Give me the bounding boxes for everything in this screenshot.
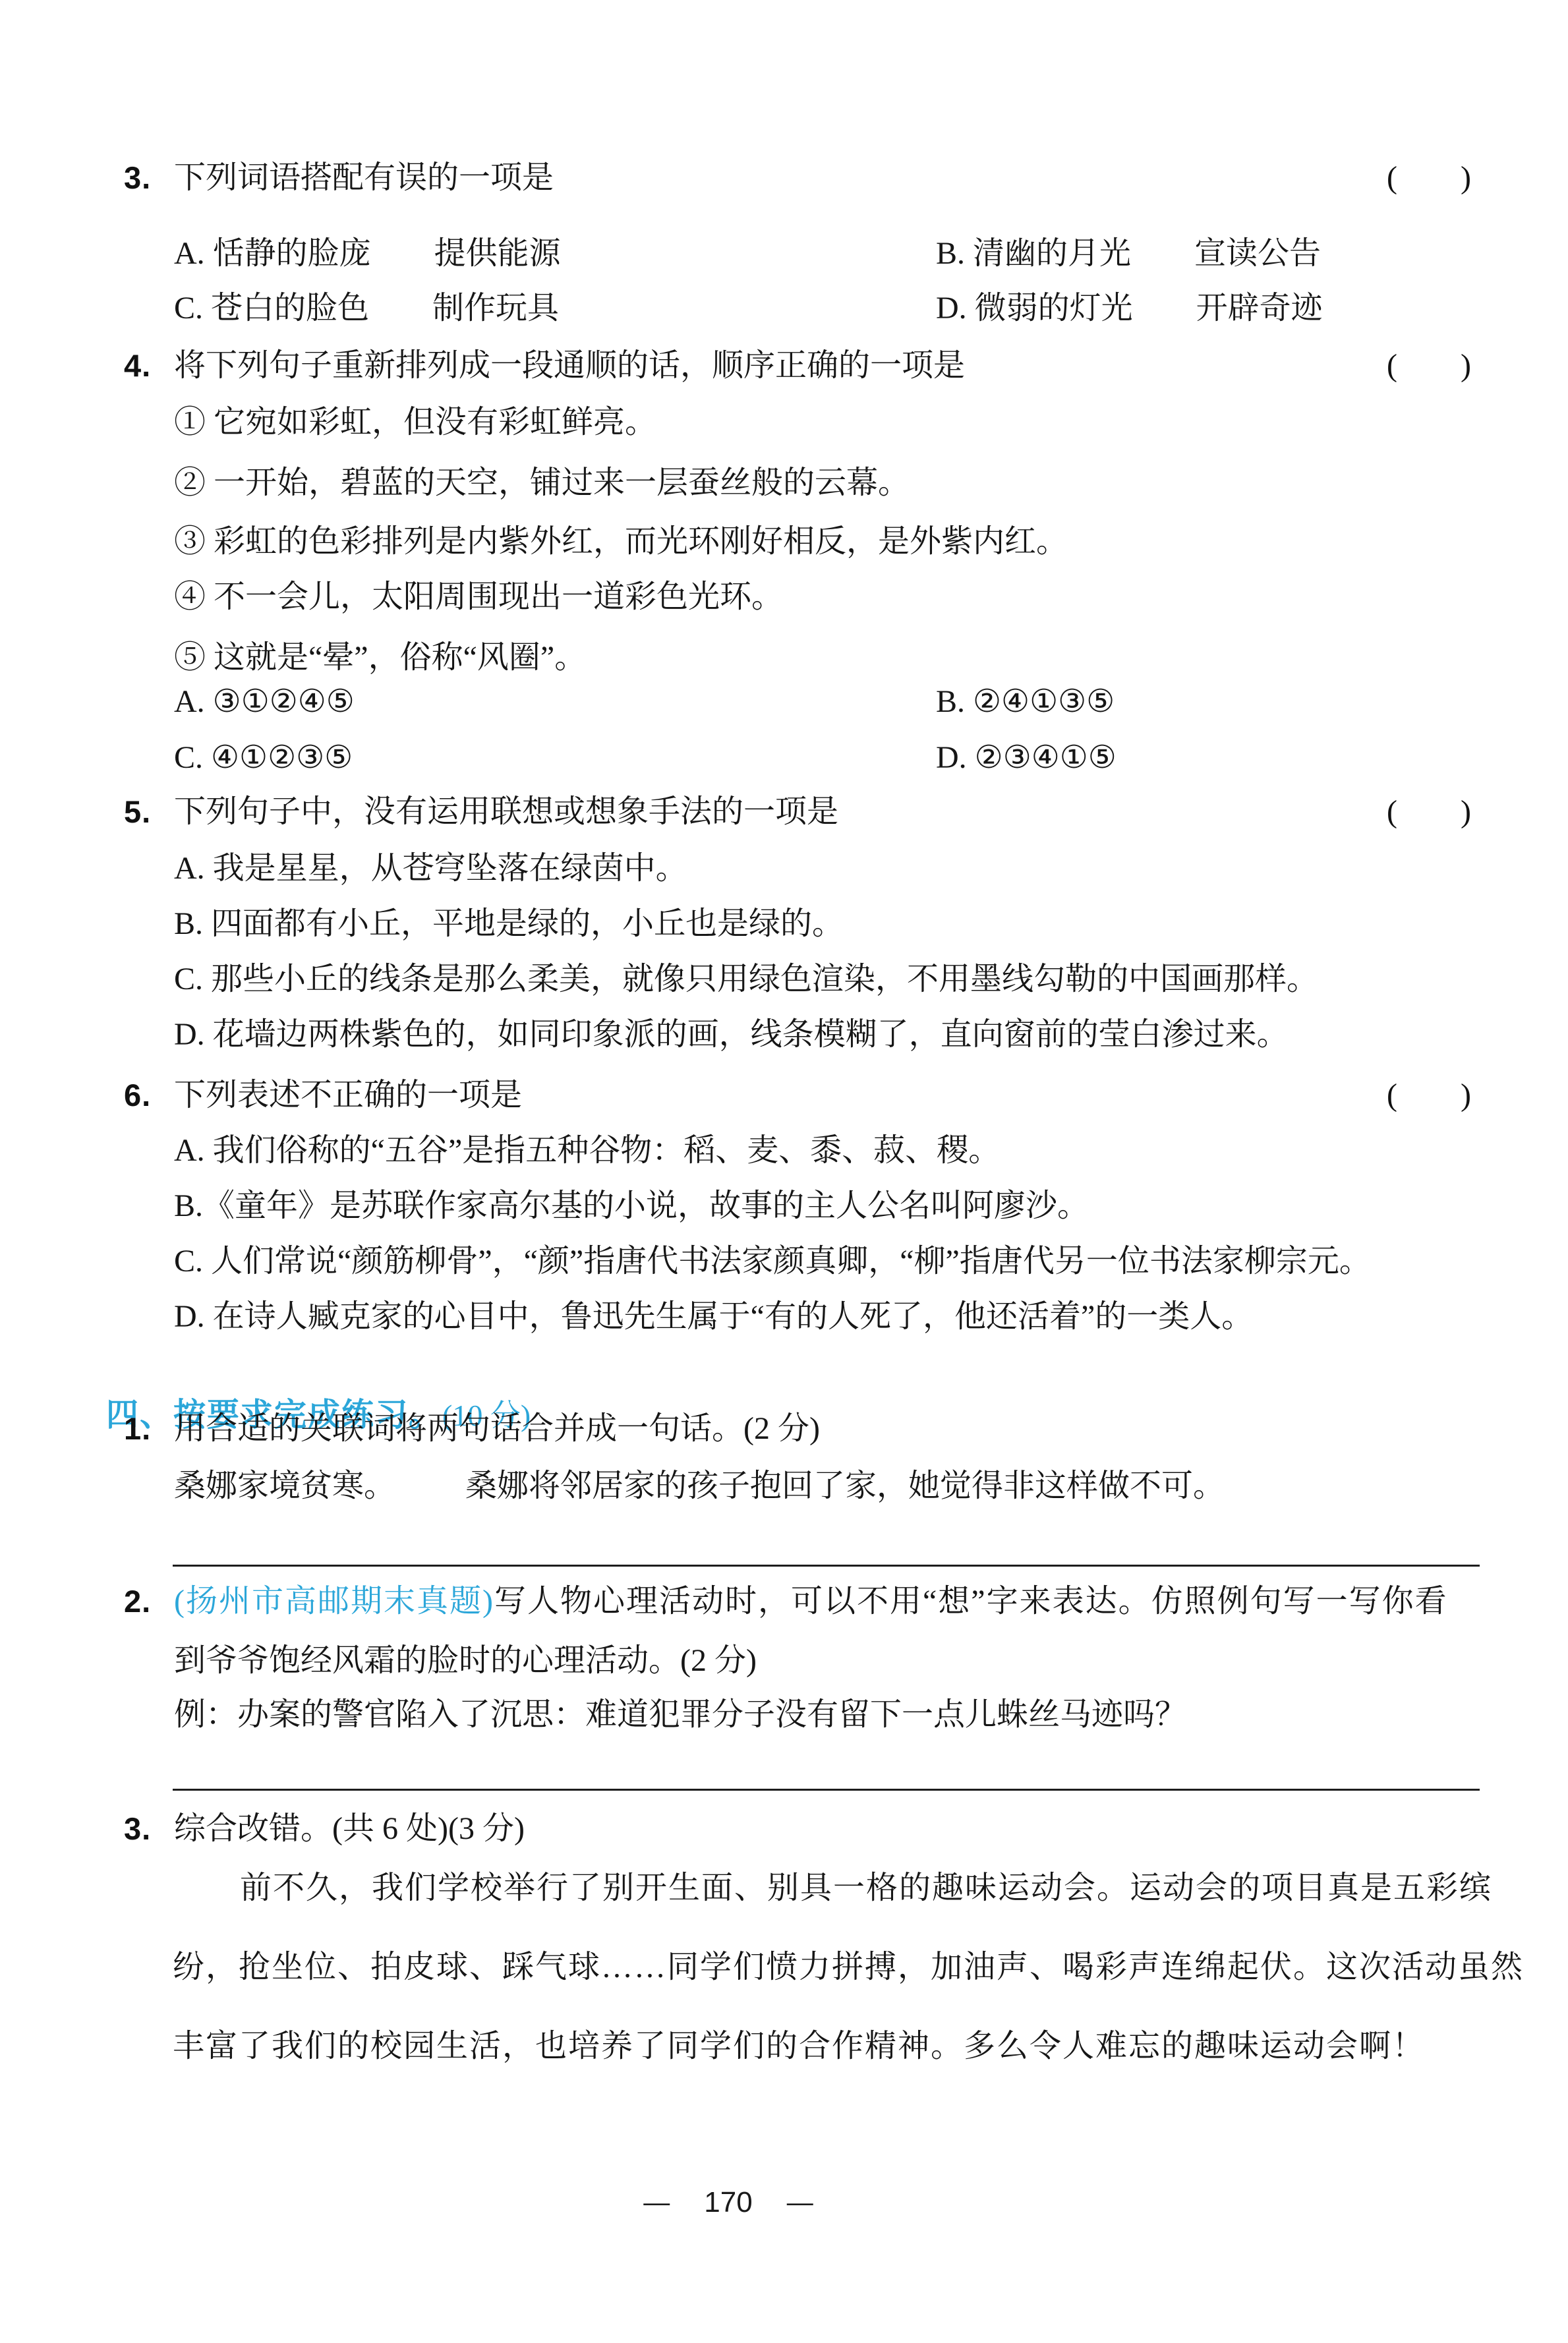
sentence-2-text: ② 一开始，碧蓝的天空，铺过来一层蚕丝般的云幕。 [174, 465, 910, 502]
option-c-text: C. 人们常说“颜筋柳骨”，“颜”指唐代书法家颜真卿，“柳”指唐代另一位书法家柳… [174, 1243, 1371, 1280]
paragraph-line-1-text: 前不久，我们学校举行了别开生面、别具一格的趣味运动会。运动会的项目真是五彩缤 [240, 1870, 1492, 1907]
sentence-1-text: ① 它宛如彩虹，但没有彩虹鲜亮。 [174, 404, 656, 441]
paragraph-line-3-text: 丰富了我们的校园生活，也培养了同学们的合作精神。多么令人难忘的趣味运动会啊！ [173, 2028, 1425, 2065]
page-number: 170 [704, 2186, 752, 2219]
exercise-2: 2. (扬州市高邮期末真题)写人物心理活动时，可以不用“想”字来表达。仿照例句写… [0, 1583, 1568, 1623]
question-5-option-a: A. 我是星星，从苍穹坠落在绿茵中。 [0, 850, 1568, 890]
worksheet-page: 3. 下列词语搭配有误的一项是 ( ) A. 恬静的脸庞 提供能源 B. 清幽的… [0, 0, 1568, 2343]
correction-paragraph-line-2: 纷，抢坐位、拍皮球、踩气球……同学们愤力拼搏，加油声、喝彩声连绵起伏。这次活动虽… [0, 1949, 1568, 1988]
question-5-option-c: C. 那些小丘的线条是那么柔美，就像只用绿色渲染，不用墨线勾勒的中国画那样。 [0, 961, 1568, 1000]
exercise-3: 3. 综合改错。(共 6 处)(3 分) [0, 1810, 1568, 1850]
correction-paragraph-line-3: 丰富了我们的校园生活，也培养了同学们的合作精神。多么令人难忘的趣味运动会啊！ [0, 2028, 1568, 2068]
exercise-1: 1. 用合适的关联词将两句话合并成一句话。(2 分) [0, 1410, 1568, 1450]
exercise-1-sentence-text: 桑娜家境贫寒。桑娜将邻居家的孩子抱回了家，她觉得非这样做不可。 [174, 1468, 1225, 1505]
question-5: 5. 下列句子中，没有运用联想或想象手法的一项是 ( ) [0, 794, 1568, 833]
question-3-options-row-2: C. 苍白的脸色 制作玩具 D. 微弱的灯光 开辟奇迹 [0, 290, 1568, 330]
question-6: 6. 下列表述不正确的一项是 ( ) [0, 1077, 1568, 1116]
question-6-option-d: D. 在诗人臧克家的心目中，鲁迅先生属于“有的人死了，他还活着”的一类人。 [0, 1298, 1568, 1338]
sentence-4-text: ④ 不一会儿，太阳周围现出一道彩色光环。 [174, 579, 783, 616]
option-a-text: A. 我是星星，从苍穹坠落在绿茵中。 [174, 850, 687, 887]
question-4-answer-brackets: ( ) [1387, 347, 1471, 384]
answer-line-2 [173, 1789, 1480, 1791]
exercise-1-stem: 用合适的关联词将两句话合并成一句话。(2 分) [174, 1410, 820, 1447]
exercise-3-stem: 综合改错。(共 6 处)(3 分) [174, 1810, 525, 1847]
sentence-3-text: ③ 彩虹的色彩排列是内紫外红，而光环刚好相反，是外紫内红。 [174, 523, 1068, 560]
question-3-option-b: B. 清幽的月光 宣读公告 [936, 235, 1321, 272]
paragraph-line-2-text: 纷，抢坐位、拍皮球、踩气球……同学们愤力拼搏，加油声、喝彩声连绵起伏。这次活动虽… [173, 1949, 1524, 1986]
question-3-stem: 下列词语搭配有误的一项是 [174, 159, 554, 196]
stem-line-1-text: 写人物心理活动时，可以不用“想”字来表达。仿照例句写一写你看 [494, 1584, 1448, 1619]
page-footer: — 170 — [0, 2184, 1457, 2221]
question-6-stem: 下列表述不正确的一项是 [174, 1077, 522, 1114]
question-4-option-a: A. ③①②④⑤ [174, 683, 355, 720]
exercise-2-stem-line-2: 到爷爷饱经风霜的脸时的心理活动。(2 分) [0, 1642, 1568, 1682]
question-5-option-d: D. 花墙边两株紫色的，如同印象派的画，线条模糊了，直向窗前的莹白渗过来。 [0, 1016, 1568, 1056]
exercise-1-number: 1. [124, 1410, 151, 1447]
question-3-answer-brackets: ( ) [1387, 159, 1471, 196]
question-4-options-row-2: C. ④①②③⑤ D. ②③④①⑤ [0, 739, 1568, 779]
question-4-number: 4. [124, 347, 151, 384]
question-3-option-c: C. 苍白的脸色 制作玩具 [174, 290, 559, 327]
question-4-sentence-4: ④ 不一会儿，太阳周围现出一道彩色光环。 [0, 579, 1568, 618]
exam-source-tag: (扬州市高邮期末真题) [174, 1584, 494, 1619]
question-4-sentence-3: ③ 彩虹的色彩排列是内紫外红，而光环刚好相反，是外紫内红。 [0, 523, 1568, 563]
question-5-number: 5. [124, 794, 151, 830]
option-b-text: B. 四面都有小丘，平地是绿的，小丘也是绿的。 [174, 906, 844, 942]
question-6-option-c: C. 人们常说“颜筋柳骨”，“颜”指唐代书法家颜真卿，“柳”指唐代另一位书法家柳… [0, 1243, 1568, 1283]
correction-paragraph-line-1: 前不久，我们学校举行了别开生面、别具一格的趣味运动会。运动会的项目真是五彩缤 [0, 1870, 1568, 1909]
option-a-text: A. 我们俗称的“五谷”是指五种谷物：稻、麦、黍、菽、稷。 [174, 1132, 1000, 1169]
sentence-5-text: ⑤ 这就是“晕”，俗称“风圈”。 [174, 639, 586, 676]
question-5-stem: 下列句子中，没有运用联想或想象手法的一项是 [174, 794, 838, 830]
option-d-text: D. 在诗人臧克家的心目中，鲁迅先生属于“有的人死了，他还活着”的一类人。 [174, 1298, 1253, 1335]
sentence-part-a: 桑娜家境贫寒。 [174, 1468, 395, 1503]
exercise-3-number: 3. [124, 1810, 151, 1847]
question-4-sentence-5: ⑤ 这就是“晕”，俗称“风圈”。 [0, 639, 1568, 679]
question-4-sentence-1: ① 它宛如彩虹，但没有彩虹鲜亮。 [0, 404, 1568, 444]
question-4-option-b: B. ②④①③⑤ [936, 683, 1115, 720]
question-6-number: 6. [124, 1077, 151, 1114]
question-4-option-d: D. ②③④①⑤ [936, 739, 1117, 776]
stem-line-2-text: 到爷爷饱经风霜的脸时的心理活动。(2 分) [174, 1642, 757, 1679]
sentence-part-b: 桑娜将邻居家的孩子抱回了家，她觉得非这样做不可。 [465, 1468, 1225, 1503]
question-6-answer-brackets: ( ) [1387, 1077, 1471, 1114]
example-sentence-text: 例：办案的警官陷入了沉思：难道犯罪分子没有留下一点儿蛛丝马迹吗？ [174, 1696, 1186, 1733]
footer-dash-right: — [787, 2188, 813, 2218]
question-4-stem: 将下列句子重新排列成一段通顺的话，顺序正确的一项是 [174, 347, 965, 384]
question-4-options-row-1: A. ③①②④⑤ B. ②④①③⑤ [0, 683, 1568, 723]
question-4: 4. 将下列句子重新排列成一段通顺的话，顺序正确的一项是 ( ) [0, 347, 1568, 387]
question-3-number: 3. [124, 159, 151, 196]
question-3-options-row-1: A. 恬静的脸庞 提供能源 B. 清幽的月光 宣读公告 [0, 235, 1568, 275]
footer-dash-left: — [643, 2188, 670, 2218]
question-5-option-b: B. 四面都有小丘，平地是绿的，小丘也是绿的。 [0, 906, 1568, 945]
answer-line-1 [173, 1565, 1480, 1567]
exercise-2-stem-line-1: (扬州市高邮期末真题)写人物心理活动时，可以不用“想”字来表达。仿照例句写一写你… [174, 1583, 1448, 1620]
option-c-text: C. 那些小丘的线条是那么柔美，就像只用绿色渲染，不用墨线勾勒的中国画那样。 [174, 961, 1318, 998]
question-3-option-a: A. 恬静的脸庞 提供能源 [174, 235, 561, 272]
option-b-text: B.《童年》是苏联作家高尔基的小说，故事的主人公名叫阿廖沙。 [174, 1188, 1089, 1225]
question-3-option-d: D. 微弱的灯光 开辟奇迹 [936, 290, 1323, 327]
question-4-sentence-2: ② 一开始，碧蓝的天空，铺过来一层蚕丝般的云幕。 [0, 465, 1568, 504]
question-6-option-a: A. 我们俗称的“五谷”是指五种谷物：稻、麦、黍、菽、稷。 [0, 1132, 1568, 1172]
question-3: 3. 下列词语搭配有误的一项是 ( ) [0, 159, 1568, 199]
exercise-1-sentence: 桑娜家境贫寒。桑娜将邻居家的孩子抱回了家，她觉得非这样做不可。 [0, 1468, 1568, 1507]
question-6-option-b: B.《童年》是苏联作家高尔基的小说，故事的主人公名叫阿廖沙。 [0, 1188, 1568, 1227]
section-4-header: 四、按要求完成练习。(10 分) [74, 1356, 1524, 1398]
option-d-text: D. 花墙边两株紫色的，如同印象派的画，线条模糊了，直向窗前的莹白渗过来。 [174, 1016, 1289, 1053]
question-5-answer-brackets: ( ) [1387, 794, 1471, 830]
exercise-2-number: 2. [124, 1583, 151, 1620]
question-4-option-c: C. ④①②③⑤ [174, 739, 353, 776]
exercise-2-example: 例：办案的警官陷入了沉思：难道犯罪分子没有留下一点儿蛛丝马迹吗？ [0, 1696, 1568, 1736]
